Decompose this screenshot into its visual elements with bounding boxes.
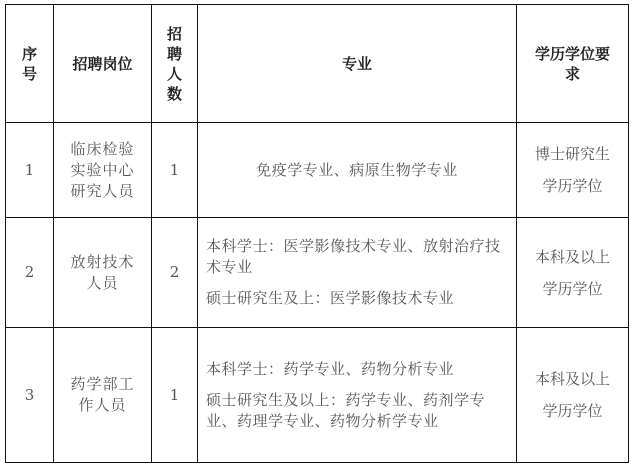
major-text: 本科学士：药学专业、药物分析专业: [206, 359, 508, 380]
recruitment-table: 序 号 招聘岗位 招 聘 人 数 专业 学历学位要 求 1 临床检验 实验中心 …: [5, 4, 629, 463]
major-text: 硕士研究生及以上：药学专业、药剂学专业、药理学专业、药物分析学专业: [206, 390, 508, 432]
header-degree-line: 学历学位要: [517, 44, 628, 64]
header-major: 专业: [198, 5, 517, 123]
table-row: 1 临床检验 实验中心 研究人员 1 免疫学专业、病原生物学专业 博士研究生 学…: [6, 123, 629, 218]
major-text: 硕士研究生及上：医学影像技术专业: [206, 288, 508, 309]
position-line: 临床检验: [54, 139, 151, 160]
header-row: 序 号 招聘岗位 招 聘 人 数 专业 学历学位要 求: [6, 5, 629, 123]
row-degree: 博士研究生 学历学位: [517, 123, 629, 218]
major-text: 本科学士：医学影像技术专业、放射治疗技术专业: [206, 236, 508, 278]
row-major: 免疫学专业、病原生物学专业: [198, 123, 517, 218]
table-row: 2 放射技术 人员 2 本科学士：医学影像技术专业、放射治疗技术专业 硕士研究生…: [6, 218, 629, 328]
header-index-line: 序: [6, 44, 53, 64]
row-major: 本科学士：医学影像技术专业、放射治疗技术专业 硕士研究生及上：医学影像技术专业: [198, 218, 517, 328]
row-position: 放射技术 人员: [54, 218, 152, 328]
header-degree: 学历学位要 求: [517, 5, 629, 123]
header-index-line: 号: [6, 64, 53, 84]
degree-line: 学历学位: [517, 395, 628, 427]
row-count: 2: [152, 218, 198, 328]
header-count-line: 招: [152, 24, 197, 44]
row-index: 1: [6, 123, 54, 218]
row-position: 临床检验 实验中心 研究人员: [54, 123, 152, 218]
row-degree: 本科及以上 学历学位: [517, 328, 629, 463]
row-position: 药学部工 作人员: [54, 328, 152, 463]
header-count-line: 数: [152, 84, 197, 104]
position-line: 放射技术: [54, 252, 151, 273]
row-count: 1: [152, 123, 198, 218]
degree-line: 学历学位: [517, 273, 628, 305]
degree-line: 本科及以上: [517, 241, 628, 273]
row-index: 2: [6, 218, 54, 328]
position-line: 人员: [54, 273, 151, 294]
position-line: 作人员: [54, 395, 151, 416]
row-degree: 本科及以上 学历学位: [517, 218, 629, 328]
degree-line: 本科及以上: [517, 363, 628, 395]
major-text: 免疫学专业、病原生物学专业: [206, 160, 508, 181]
header-degree-line: 求: [517, 64, 628, 84]
header-index: 序 号: [6, 5, 54, 123]
header-count: 招 聘 人 数: [152, 5, 198, 123]
table-row: 3 药学部工 作人员 1 本科学士：药学专业、药物分析专业 硕士研究生及以上：药…: [6, 328, 629, 463]
position-line: 实验中心: [54, 160, 151, 181]
header-position: 招聘岗位: [54, 5, 152, 123]
degree-line: 学历学位: [517, 170, 628, 202]
degree-line: 博士研究生: [517, 138, 628, 170]
row-index: 3: [6, 328, 54, 463]
row-count: 1: [152, 328, 198, 463]
row-major: 本科学士：药学专业、药物分析专业 硕士研究生及以上：药学专业、药剂学专业、药理学…: [198, 328, 517, 463]
header-count-line: 人: [152, 64, 197, 84]
position-line: 研究人员: [54, 181, 151, 202]
header-count-line: 聘: [152, 44, 197, 64]
position-line: 药学部工: [54, 374, 151, 395]
